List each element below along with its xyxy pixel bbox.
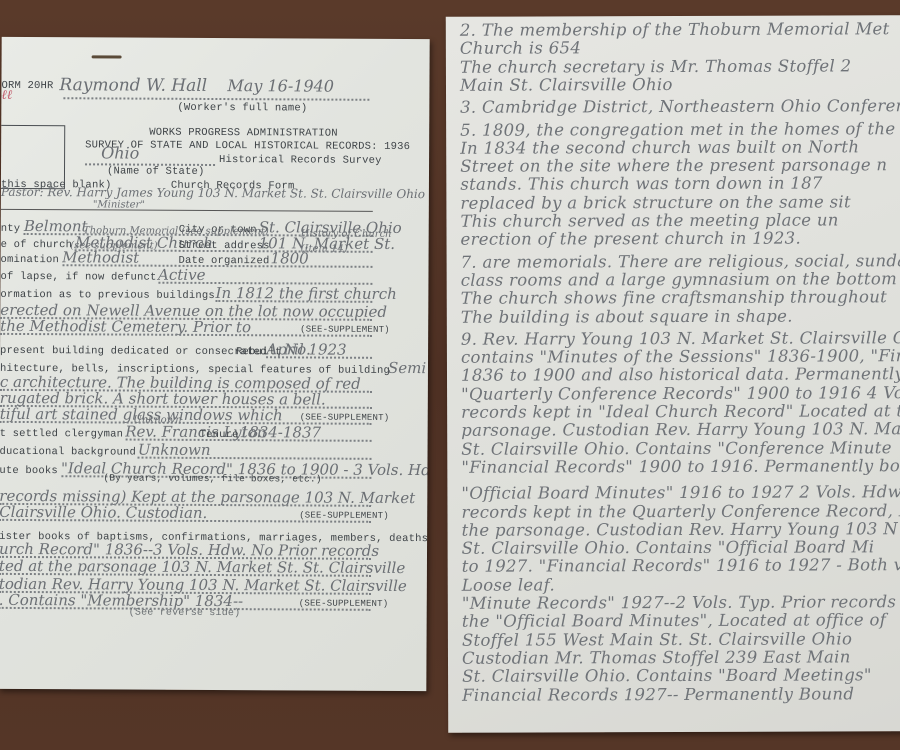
state-label: (Name of State)	[107, 165, 205, 178]
handwritten-line: the parsonage. Custodian Rev. Harry Youn…	[462, 519, 898, 540]
handwritten-line: "Official Board Minutes" 1916 to 1927 2 …	[461, 482, 900, 503]
handwritten-line: parsonage. Custodian Rev. Harry Young 10…	[461, 419, 900, 440]
handwritten-line: contains "Minutes of the Sessions" 1836-…	[461, 346, 900, 367]
worker-name: Raymond W. Hall	[59, 75, 207, 96]
supplement-note: (SEE-SUPPLEMENT)	[299, 510, 389, 520]
handwritten-line: Loose leaf.	[462, 575, 555, 594]
handwritten-line: St. Clairsville Ohio. Contains "Board Me…	[462, 666, 872, 686]
state-value: Ohio	[101, 143, 139, 162]
state-suffix: Historical Records Survey	[219, 154, 382, 167]
dotted-line	[266, 356, 372, 359]
supplement-note: (SEE-SUPPLEMENT)	[300, 412, 390, 422]
handwritten-line: "Minute Records" 1927--2 Vols. Typ. Prio…	[462, 592, 896, 613]
handwritten-line: 3. Cambridge District, Northeastern Ohio…	[460, 96, 900, 117]
handwritten-line: The church secretary is Mr. Thomas Stoff…	[460, 56, 852, 76]
handwritten-line: stands. This church was torn down in 187	[460, 174, 822, 194]
field-label: ormation as to previous buildings	[0, 289, 215, 302]
handwritten-line: Custodian Mr. Thomas Stoffel 239 East Ma…	[462, 647, 851, 667]
handwritten-line: class rooms and a large gymnasium on the…	[461, 269, 900, 290]
field-annotation: Thoburn Memorial (see supplement)	[83, 225, 269, 237]
handwritten-line: In 1834 the second church was built on N…	[460, 137, 859, 157]
handwritten-line: erection of the present church in 1923.	[460, 229, 801, 249]
field-annotation: (Item 14)	[301, 243, 348, 254]
form-fields: ntyBelmontCity or townSt. Clairsville Oh…	[2, 37, 430, 39]
handwritten-line: Stoffel 155 West Main St. St. Clairsvill…	[462, 629, 852, 649]
staple	[92, 55, 122, 58]
supplement-note: (SEE-SUPPLEMENT)	[299, 598, 389, 608]
red-pencil-mark: ℓℓ	[1, 87, 12, 103]
field-label: t settled clergyman	[0, 428, 123, 441]
handwritten-supplement-sheet: 2. The membership of the Thoburn Memoria…	[446, 15, 900, 733]
handwritten-line: Main St. Clairsville Ohio	[460, 75, 673, 95]
field-annotation: (see supplement)	[70, 240, 157, 251]
handwritten-line: records kept in the Quarterly Conference…	[461, 501, 900, 522]
worker-label: (Worker's full name)	[177, 102, 307, 115]
supplement-lines: 2. The membership of the Thoburn Memoria…	[446, 15, 900, 17]
divider-line	[1, 209, 373, 212]
handwritten-line: to 1927. "Financial Records" 1916 to 192…	[462, 556, 900, 577]
dotted-line	[63, 97, 369, 101]
handwritten-line: Street on the site where the present par…	[460, 155, 887, 175]
handwritten-line: The building is about square in shape.	[461, 306, 793, 326]
handwritten-line: "Financial Records" 1900 to 1916. Perman…	[461, 456, 900, 477]
handwritten-line: the "Official Board Minutes", Located at…	[462, 611, 886, 631]
heading-wpa: WORKS PROGRESS ADMINISTRATION	[149, 127, 338, 140]
worker-date: May 16-1940	[227, 76, 334, 96]
handwritten-line: St. Clairsville Ohio. Contains "Official…	[462, 537, 875, 557]
handwritten-line: 5. 1809, the congregation met in the hom…	[460, 119, 900, 140]
field-value: Semi	[388, 359, 426, 377]
wpa-church-records-form: ORM 20HR ℓℓ Raymond W. Hall May 16-1940 …	[0, 37, 430, 691]
handwritten-line: records kept in "Ideal Church Record" Lo…	[461, 401, 900, 422]
handwritten-line: The church shows fine craftsmanship thro…	[461, 287, 887, 307]
footer-note: (See reverse side)	[129, 608, 241, 620]
handwritten-line: 2. The membership of the Thoburn Memoria…	[460, 19, 890, 39]
pastor-line: Pastor: Rev. Harry James Young 103 N. Ma…	[1, 185, 425, 201]
field-label: of lapse, if now defunct	[0, 271, 156, 284]
field-annotation: Unknown	[133, 415, 181, 426]
handwritten-line: Financial Records 1927-- Permanently Bou…	[462, 684, 854, 704]
handwritten-line: "Quarterly Conference Records" 1900 to 1…	[461, 383, 900, 404]
handwritten-line: 1836 to 1900 and also historical data. P…	[461, 365, 900, 386]
dotted-line	[62, 264, 372, 268]
field-label: present building dedicated or consecrate…	[0, 345, 267, 358]
handwritten-line: St. Clairsville Ohio. Contains "Conferen…	[461, 438, 892, 459]
field-sublabel: (By years, volumes, file boxes, etc.)	[103, 472, 321, 484]
field-label: ducational background	[0, 446, 136, 459]
field-label: nty	[1, 223, 21, 235]
handwritten-line: This church served as the meeting place …	[460, 210, 838, 230]
supplement-note: (SEE-SUPPLEMENT)	[300, 324, 390, 334]
handwritten-line: 9. Rev. Harry Young 103 N. Market St. Cl…	[461, 328, 900, 349]
handwritten-line: replaced by a brick structure on the sam…	[460, 192, 851, 212]
field-label: ute books	[0, 465, 58, 477]
field-label: omination	[1, 254, 60, 266]
handwritten-line: Church is 654	[460, 39, 581, 58]
handwritten-line: 7. are memorials. There are religious, s…	[461, 251, 900, 272]
field-annotation: History of Church	[301, 228, 392, 239]
